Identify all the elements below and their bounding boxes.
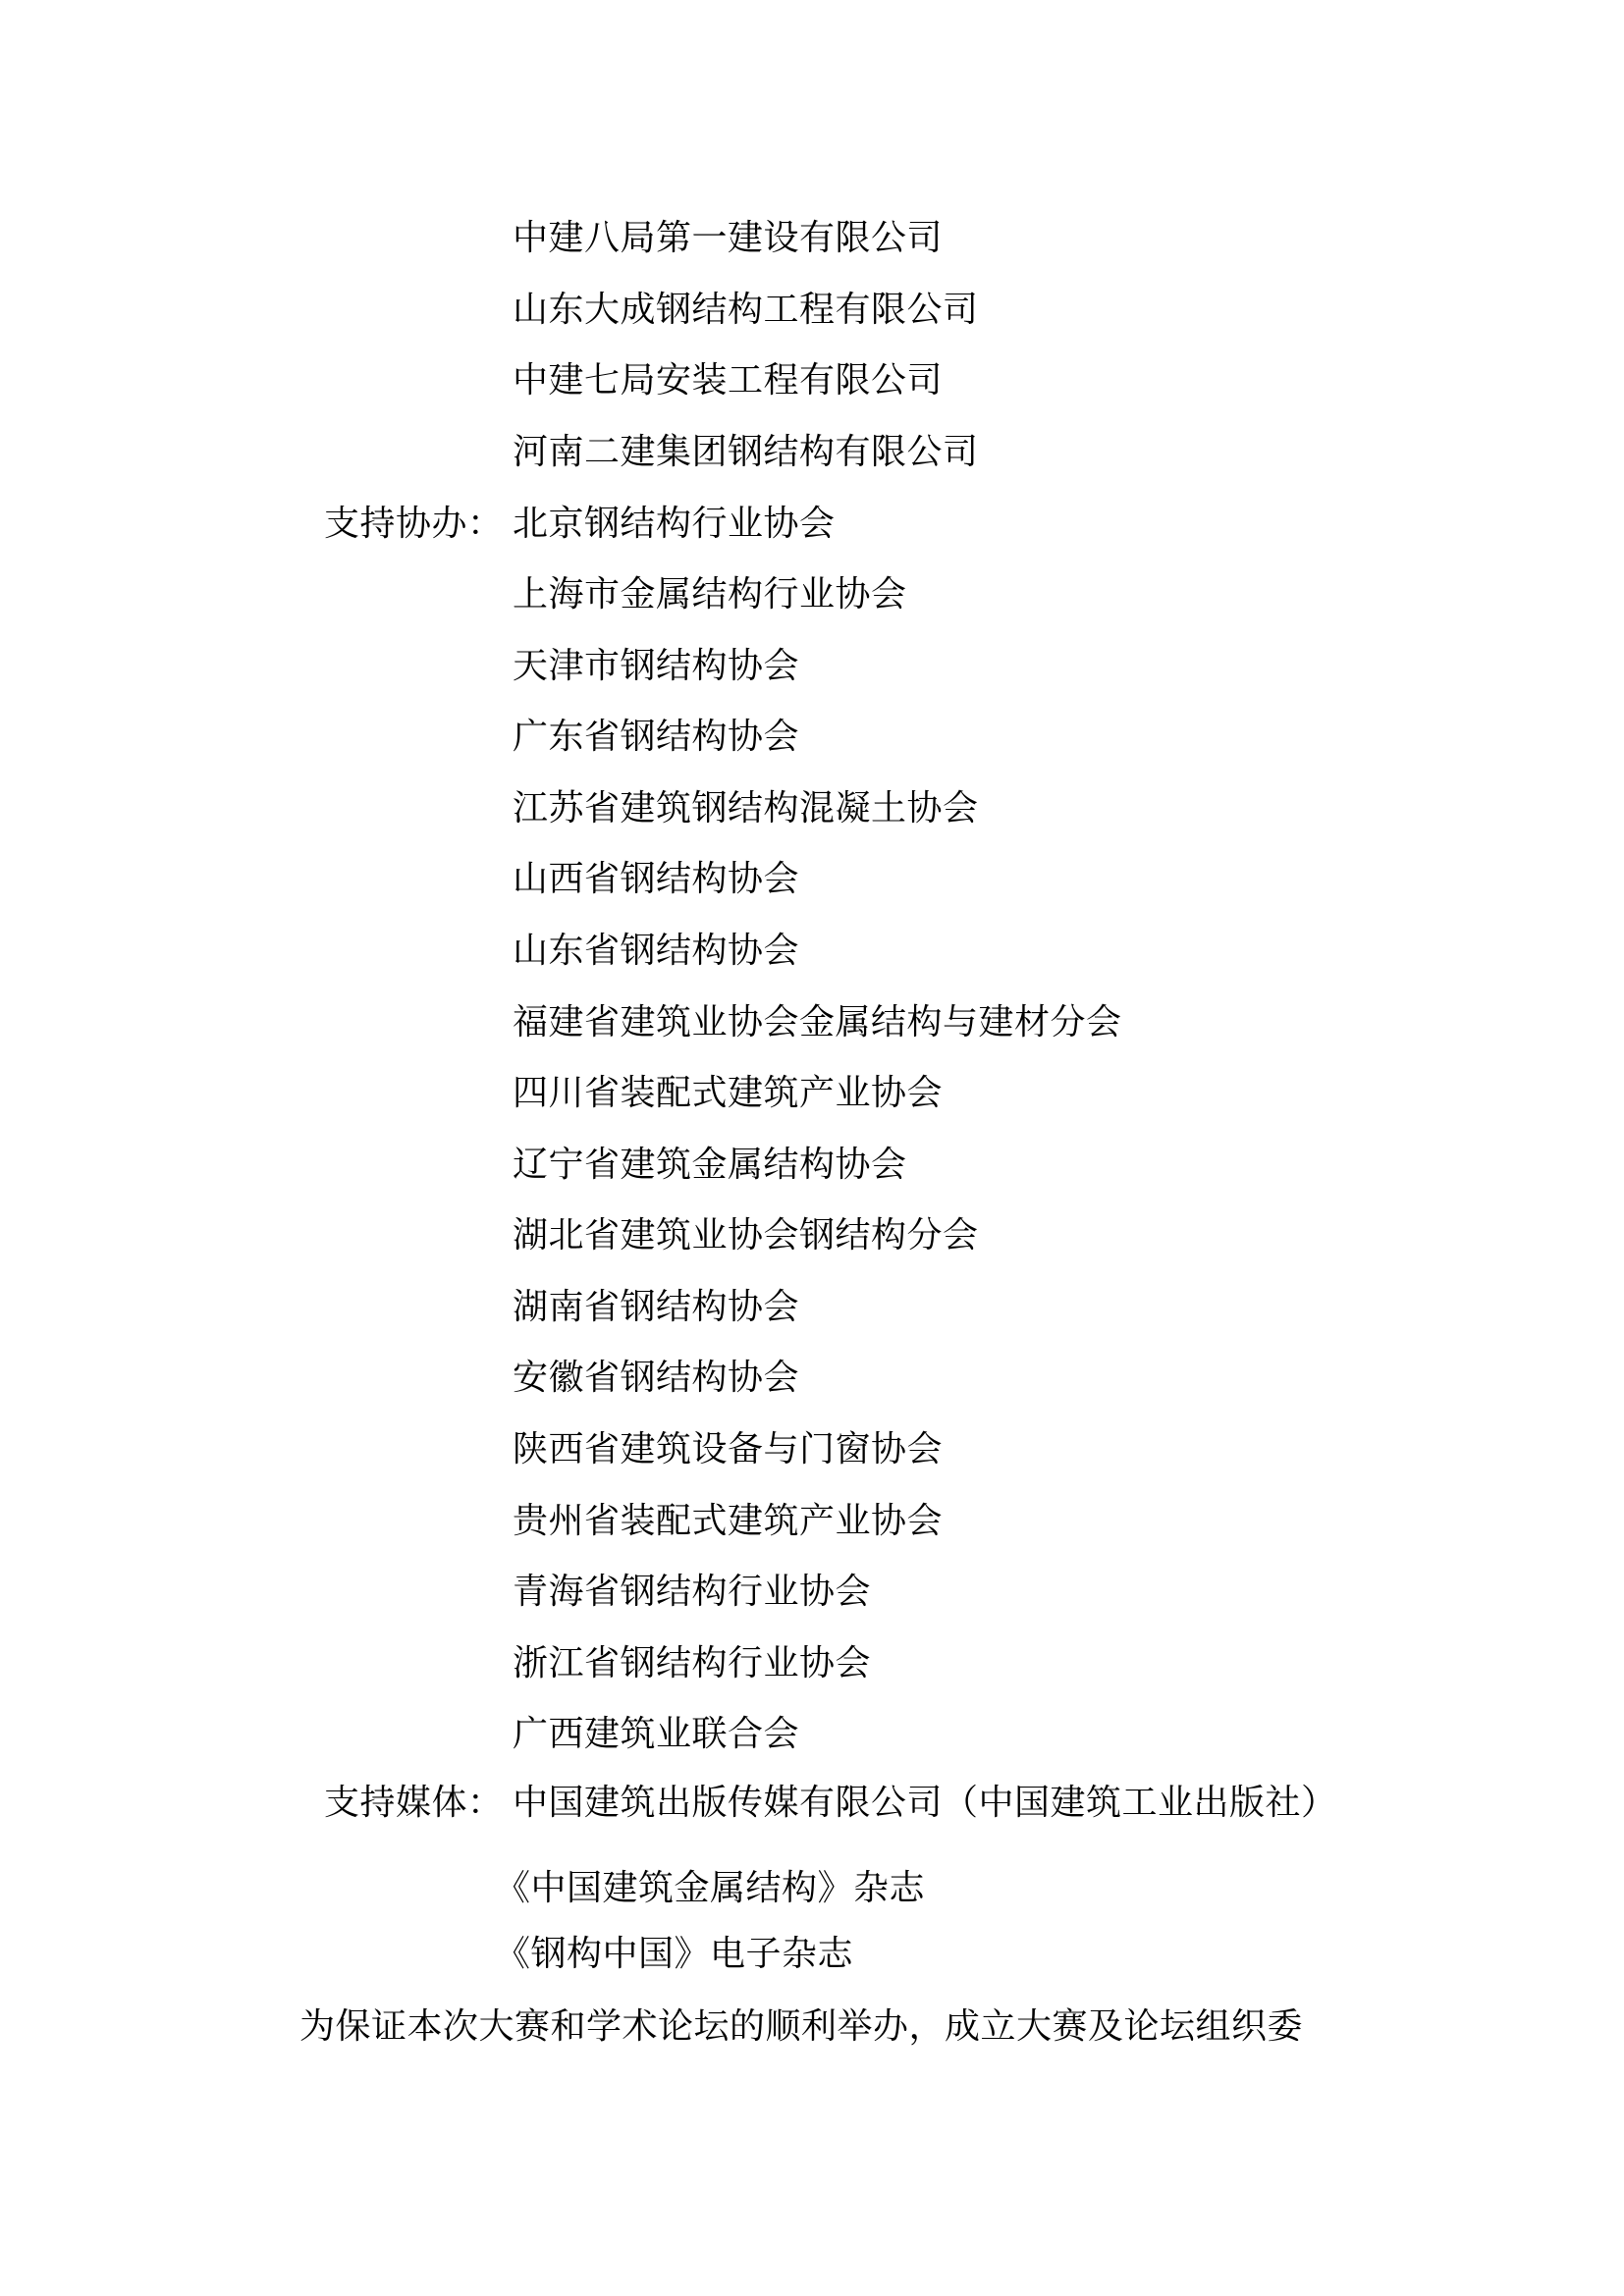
support-media-magazine-item: 《中国建筑金属结构》杂志 <box>495 1868 925 1907</box>
cohost-company-line: 山东大成钢结构工程有限公司 <box>513 290 979 329</box>
support-media-item: 中国建筑出版传媒有限公司（中国建筑工业出版社） <box>513 1783 1337 1822</box>
cohost-company-line: 中建八局第一建设有限公司 <box>513 218 943 257</box>
support-media-magazine-item: 《钢构中国》电子杂志 <box>495 1934 853 1973</box>
support-cohost-item: 广西建筑业联合会 <box>513 1714 799 1753</box>
support-cohost-item: 安徽省钢结构协会 <box>513 1358 799 1397</box>
support-cohost-item: 上海市金属结构行业协会 <box>513 574 907 614</box>
support-cohost-item: 山东省钢结构协会 <box>513 931 799 970</box>
document-page: 中建八局第一建设有限公司 山东大成钢结构工程有限公司 中建七局安装工程有限公司 … <box>0 0 1624 2296</box>
support-cohost-item: 北京钢结构行业协会 <box>513 504 836 543</box>
support-cohost-item: 广东省钢结构协会 <box>513 717 799 756</box>
support-cohost-item: 青海省钢结构行业协会 <box>513 1572 871 1611</box>
cohost-company-line: 中建七局安装工程有限公司 <box>513 360 943 400</box>
support-cohost-item: 天津市钢结构协会 <box>513 646 799 685</box>
support-cohost-item: 贵州省装配式建筑产业协会 <box>513 1501 943 1540</box>
support-media-label: 支持媒体： <box>324 1783 504 1822</box>
support-cohost-item: 湖南省钢结构协会 <box>513 1287 799 1326</box>
support-cohost-item: 辽宁省建筑金属结构协会 <box>513 1145 907 1184</box>
support-cohost-first-line: 支持协办： 北京钢结构行业协会 <box>0 504 1624 543</box>
support-cohost-item: 山西省钢结构协会 <box>513 859 799 898</box>
support-media-first-line: 支持媒体： 中国建筑出版传媒有限公司（中国建筑工业出版社） <box>0 1783 1624 1822</box>
support-cohost-item: 浙江省钢结构行业协会 <box>513 1643 871 1682</box>
cohost-company-line: 河南二建集团钢结构有限公司 <box>513 432 979 471</box>
support-cohost-item: 陕西省建筑设备与门窗协会 <box>513 1429 943 1468</box>
support-cohost-item: 四川省装配式建筑产业协会 <box>513 1073 943 1112</box>
support-cohost-label: 支持协办： <box>324 504 504 543</box>
support-cohost-item: 福建省建筑业协会金属结构与建材分会 <box>513 1002 1122 1041</box>
closing-paragraph: 为保证本次大赛和学术论坛的顺利举办，成立大赛及论坛组织委 <box>299 2006 1303 2046</box>
support-cohost-item: 湖北省建筑业协会钢结构分会 <box>513 1215 979 1255</box>
support-cohost-item: 江苏省建筑钢结构混凝土协会 <box>513 788 979 828</box>
